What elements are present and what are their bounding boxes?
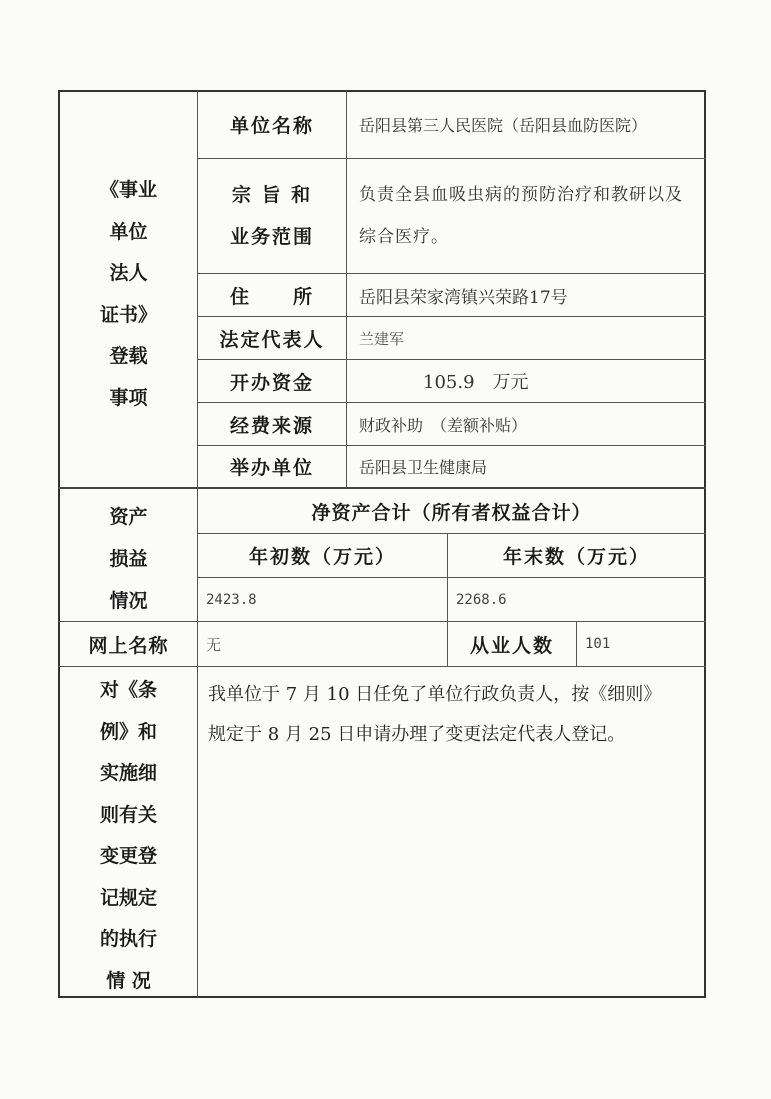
scope-label-line: 业务范围 [230,216,314,258]
section-label-line: 损益 [109,538,147,580]
registration-form-page: 《事业 单位 法人 证书》 登载 事项 单位名称 岳阳县第三人民医院（岳阳县血防… [0,0,771,1099]
legal-rep-label: 法定代表人 [198,317,346,359]
section-label-line: 则有关 [100,795,157,837]
online-name-label: 网上名称 [60,622,197,666]
funding-source-label: 经费来源 [198,403,346,445]
assets-section-label: 资产 损益 情况 [60,496,197,616]
purpose-value-line: 负责全县血吸虫病的预防治疗和教研以及 [359,174,683,216]
section-label-line: 记规定 [100,878,157,920]
purpose-value-line: 综合医疗。 [359,216,449,258]
staff-count-value: 101 [577,622,705,666]
legal-rep-value: 兰建军 [347,317,705,359]
section-label-line: 登载 [109,336,147,378]
compliance-narrative: 我单位于 7 月 10 日任免了单位行政负责人，按《细则》 规定于 8 月 25… [198,667,705,997]
section-label-line: 变更登 [100,836,157,878]
sponsor-value: 岳阳县卫生健康局 [347,446,705,487]
section-label-line: 对《条 [100,670,157,712]
staff-count-label: 从业人数 [448,622,576,666]
unit-name-label: 单位名称 [198,91,346,158]
section-label-line: 《事业 [100,170,157,212]
narrative-line: 规定于 8 月 25 日申请办理了变更法定代表人登记。 [208,715,625,755]
section-label-line: 单位 [109,212,147,254]
end-of-year-value: 2268.6 [448,578,705,621]
section-label-line: 情况 [109,580,147,622]
start-of-year-label: 年初数（万元） [198,534,447,577]
capital-label: 开办资金 [198,360,346,402]
unit-name-value: 岳阳县第三人民医院（岳阳县血防医院） [347,91,705,158]
address-label: 住 所 [198,274,346,316]
purpose-scope-value: 负责全县血吸虫病的预防治疗和教研以及 综合医疗。 [347,159,705,273]
end-of-year-label: 年末数（万元） [448,534,705,577]
purpose-label-line: 宗 旨 和 [232,174,312,216]
narrative-line: 我单位于 7 月 10 日任免了单位行政负责人，按《细则》 [208,675,661,715]
section-label-line: 法人 [109,253,147,295]
compliance-section-label: 对《条 例》和 实施细 则有关 变更登 记规定 的执行 情 况 [60,670,197,995]
section-label-line: 情 况 [106,961,151,1003]
address-value: 岳阳县荣家湾镇兴荣路17号 [347,274,705,316]
sponsor-label: 举办单位 [198,446,346,487]
online-name-value: 无 [198,622,447,666]
capital-value: 105.9 万元 [347,360,705,402]
section-label-line: 事项 [109,378,147,420]
start-of-year-value: 2423.8 [198,578,447,621]
registration-section-label: 《事业 单位 法人 证书》 登载 事项 [60,170,197,410]
section-label-line: 例》和 [100,712,157,754]
section-label-line: 资产 [109,496,147,538]
section-label-line: 证书》 [100,295,157,337]
section-label-line: 实施细 [100,753,157,795]
net-assets-header: 净资产合计（所有者权益合计） [198,489,705,533]
section-label-line: 的执行 [100,919,157,961]
purpose-scope-label: 宗 旨 和 业务范围 [198,159,346,273]
funding-source-value: 财政补助 （差额补贴） [347,403,705,445]
